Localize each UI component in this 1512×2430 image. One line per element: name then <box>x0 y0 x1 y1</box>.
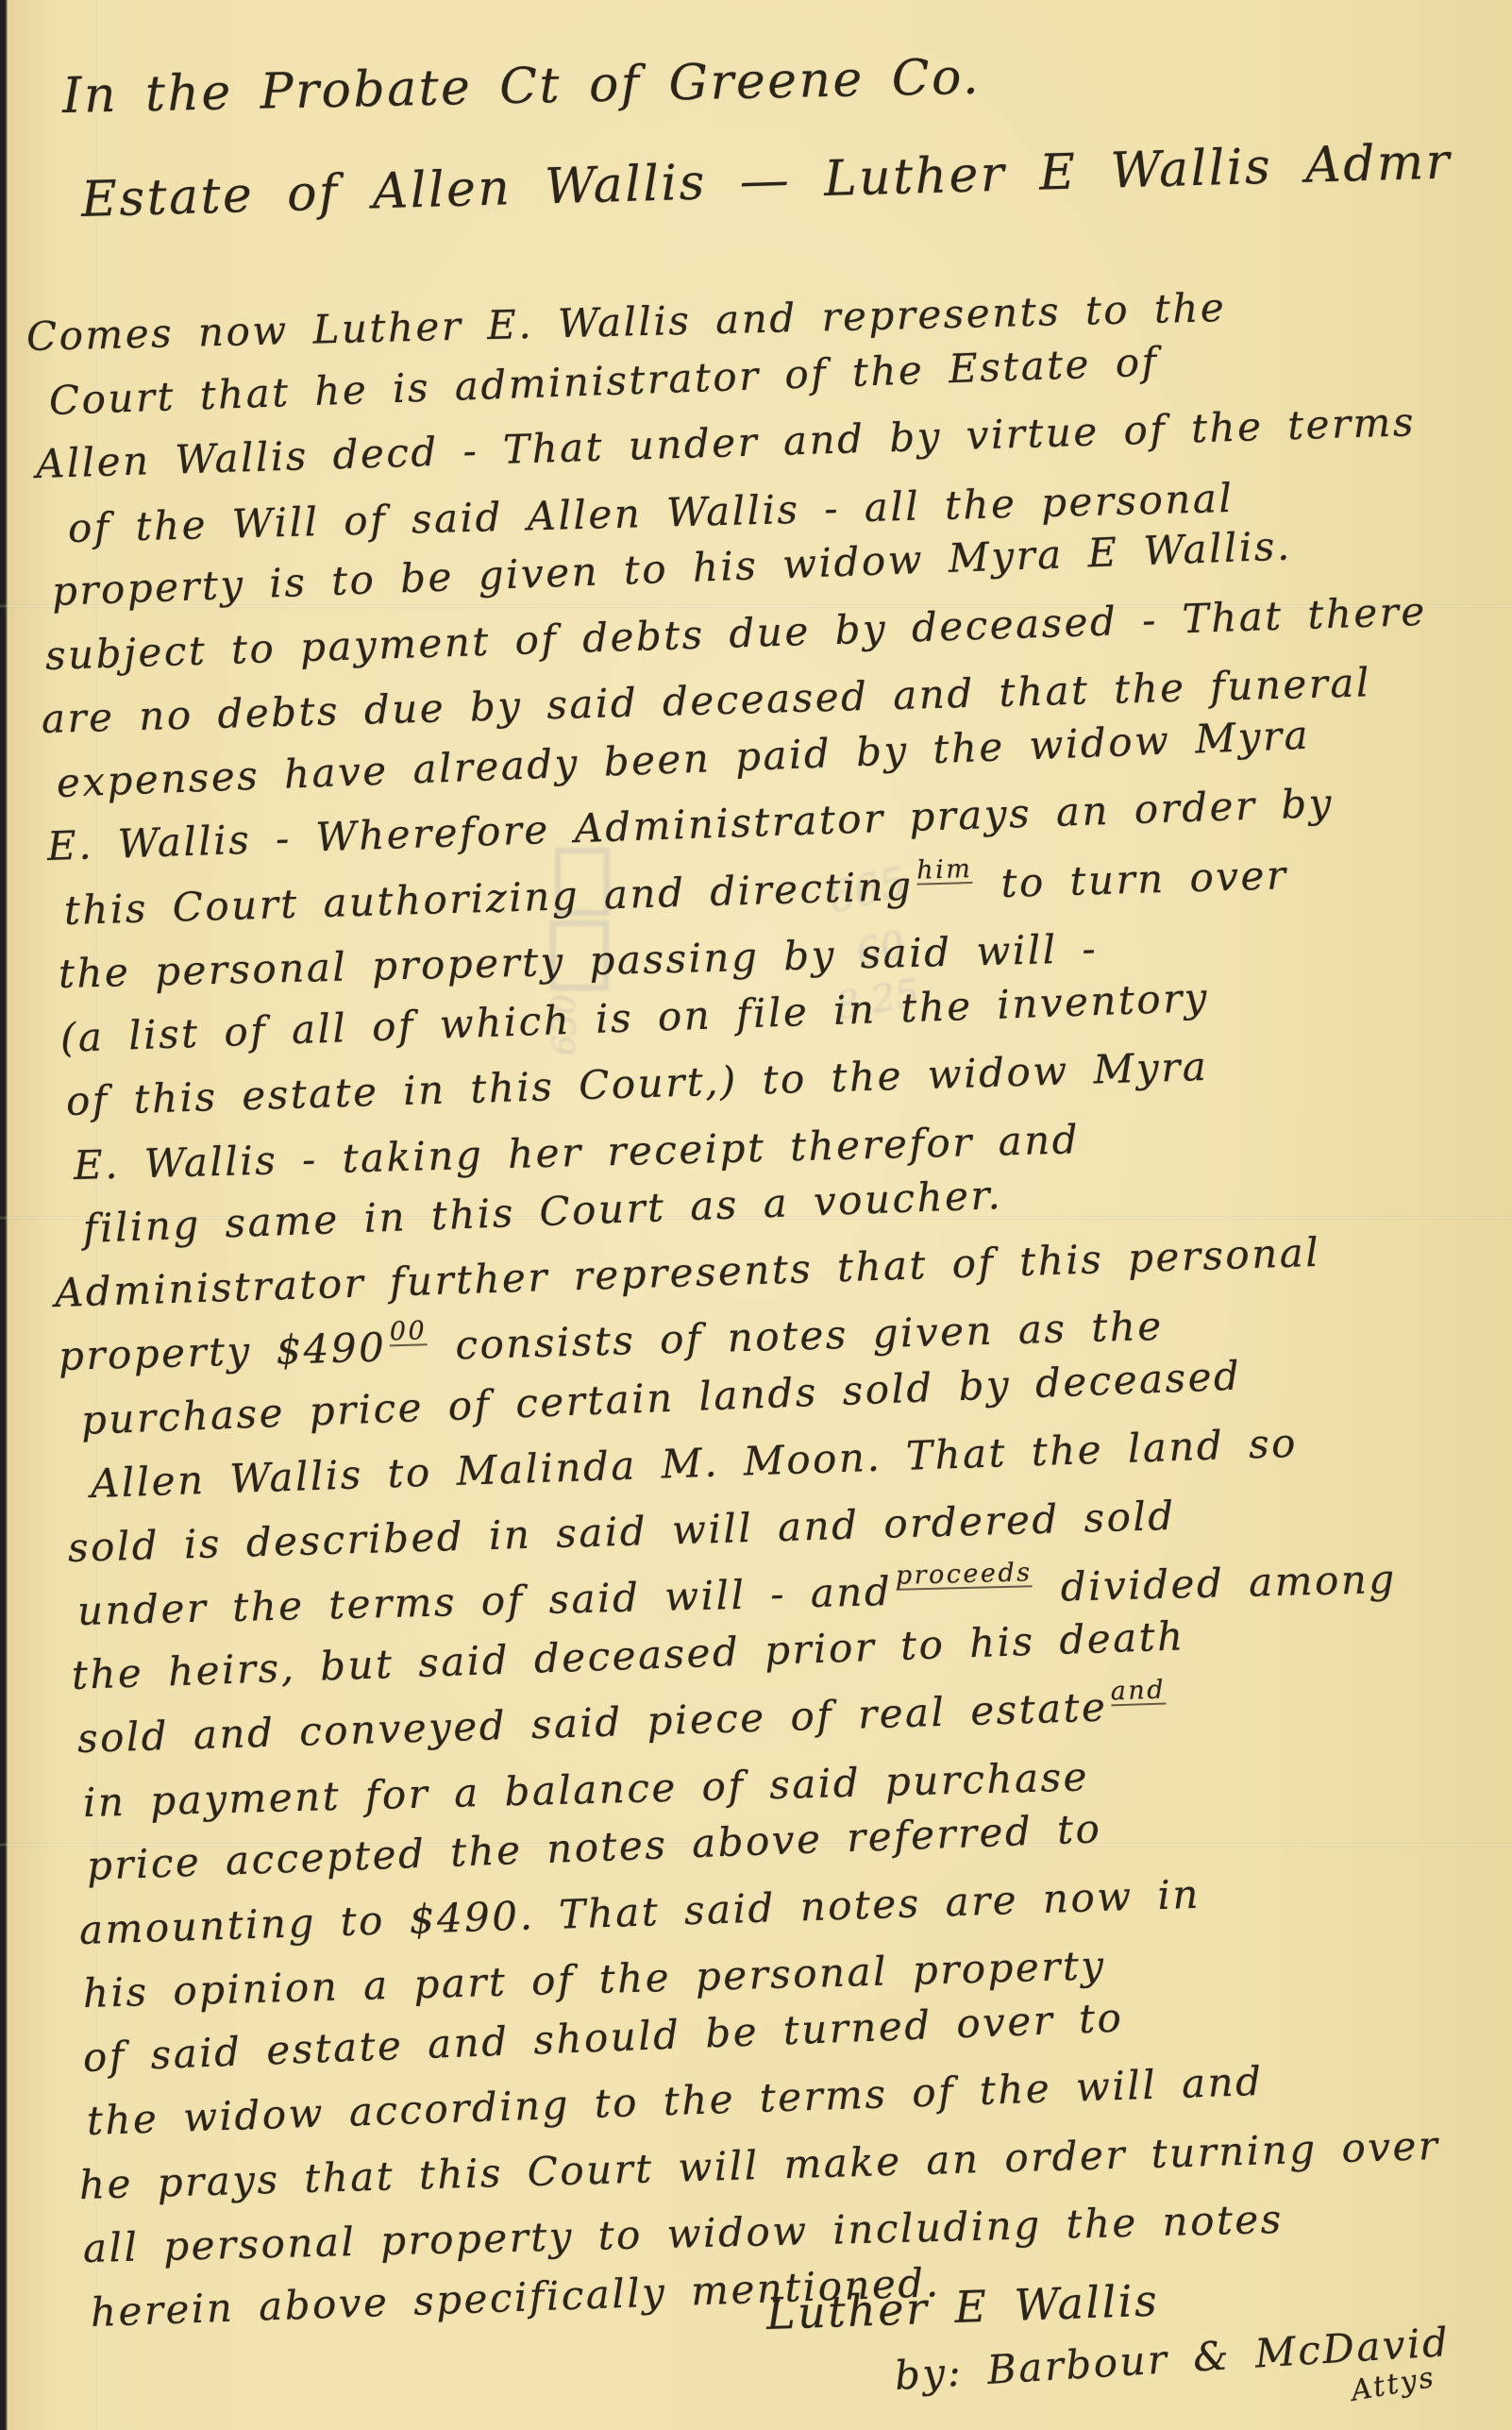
interlinear-insertion: and <box>1110 1678 1166 1707</box>
handwritten-line: of this estate in this Court,) to the wi… <box>65 1043 1209 1124</box>
interlinear-insertion: him <box>916 855 973 885</box>
line-text: divided among <box>1035 1556 1397 1611</box>
line-text: all personal property to widow including… <box>82 2196 1284 2271</box>
handwritten-line: under the terms of said will - andprocee… <box>76 1556 1397 1634</box>
scan-edge-shadow <box>0 0 8 2430</box>
interlinear-insertion: 00 <box>389 1318 427 1346</box>
interlinear-insertion: proceeds <box>896 1560 1033 1591</box>
handwritten-line: this Court authorizing and directinghim … <box>63 852 1288 934</box>
case-title-line: Estate of Allen Wallis — Luther E Wallis… <box>80 133 1453 228</box>
court-caption-line: In the Probate Ct of Greene Co. <box>61 49 981 125</box>
line-text: this Court authorizing and directing <box>63 862 914 933</box>
handwritten-line: all personal property to widow including… <box>82 2196 1284 2271</box>
line-text: property $490 <box>58 1324 387 1379</box>
scanned-document-page: 665608.25630 In the Probate Ct of Greene… <box>0 0 1512 2430</box>
line-text: to turn over <box>976 852 1288 907</box>
handwritten-line: sold and conveyed said piece of real est… <box>76 1681 1170 1762</box>
line-text: of this estate in this Court,) to the wi… <box>65 1043 1209 1124</box>
line-text: under the terms of said will - and <box>76 1568 892 1634</box>
line-text: sold and conveyed said piece of real est… <box>76 1683 1108 1762</box>
